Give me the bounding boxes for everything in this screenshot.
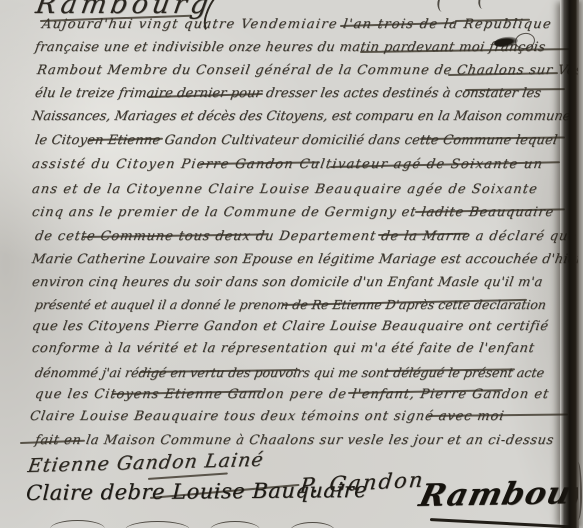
cut-flourish-small-2	[477, 0, 487, 9]
manuscript-line: Rambout Membre du Conseil général de la …	[36, 63, 583, 78]
manuscript-line: Aujourd'hui vingt quatre Vendemiaire l'a…	[41, 17, 553, 32]
cut-text-fragment	[210, 521, 260, 528]
book-gutter-shadow	[560, 0, 579, 528]
manuscript-line: fait en la Maison Commune à Chaalons sur…	[34, 433, 555, 448]
signature-etienne-gandon: Etienne Gandon Lainé	[26, 449, 265, 477]
cut-text-fragment	[50, 520, 105, 528]
manuscript-line: ans et de la Citoyenne Claire Louise Bea…	[31, 182, 539, 197]
signature-underline-flourish	[430, 518, 575, 528]
manuscript-line: dénommé j'ai rédigé en vertu des pouvoir…	[34, 365, 546, 380]
scanned-register-page: Rambourg Aujourd'hui vingt quatre Vendem…	[0, 0, 583, 528]
manuscript-line: française une et indivisible onze heures…	[34, 40, 547, 55]
manuscript-line: environ cinq heures du soir dans son dom…	[31, 275, 544, 290]
manuscript-line: de cette Commune tous deux du Departemen…	[34, 229, 578, 244]
manuscript-line: conforme à la vérité et la répresentatio…	[31, 341, 536, 356]
manuscript-line: assisté du Citoyen Pierre Gandon Cultiva…	[31, 157, 545, 172]
cut-text-fragment	[290, 522, 335, 528]
cut-flourish-small-1	[436, 0, 449, 13]
signature-pierre-gandon: P. Gandon	[299, 468, 426, 498]
manuscript-line: présenté et auquel il a donné le prenom …	[34, 297, 547, 312]
manuscript-line: cinq ans le premier de la Commune de Ger…	[31, 205, 555, 220]
manuscript-line: Naissances, Mariages et décès des Citoye…	[31, 109, 572, 124]
manuscript-line: Marie Catherine Louvaire son Epouse en l…	[31, 252, 583, 267]
cut-text-fragment	[125, 521, 190, 528]
manuscript-line: Claire Louise Beauquaire tous deux témoi…	[29, 409, 506, 424]
signature-rambourg: Rambourg	[416, 475, 583, 514]
manuscript-line: élu le treize frimaire dernier pour dres…	[34, 86, 542, 101]
manuscript-line: que les Citoyens Pierre Gandon et Claire…	[31, 319, 550, 334]
manuscript-line: que les Citoyens Etienne Gandon pere de …	[34, 387, 551, 402]
manuscript-line: le Citoyen Etienne Gandon Cultivateur do…	[34, 133, 559, 148]
